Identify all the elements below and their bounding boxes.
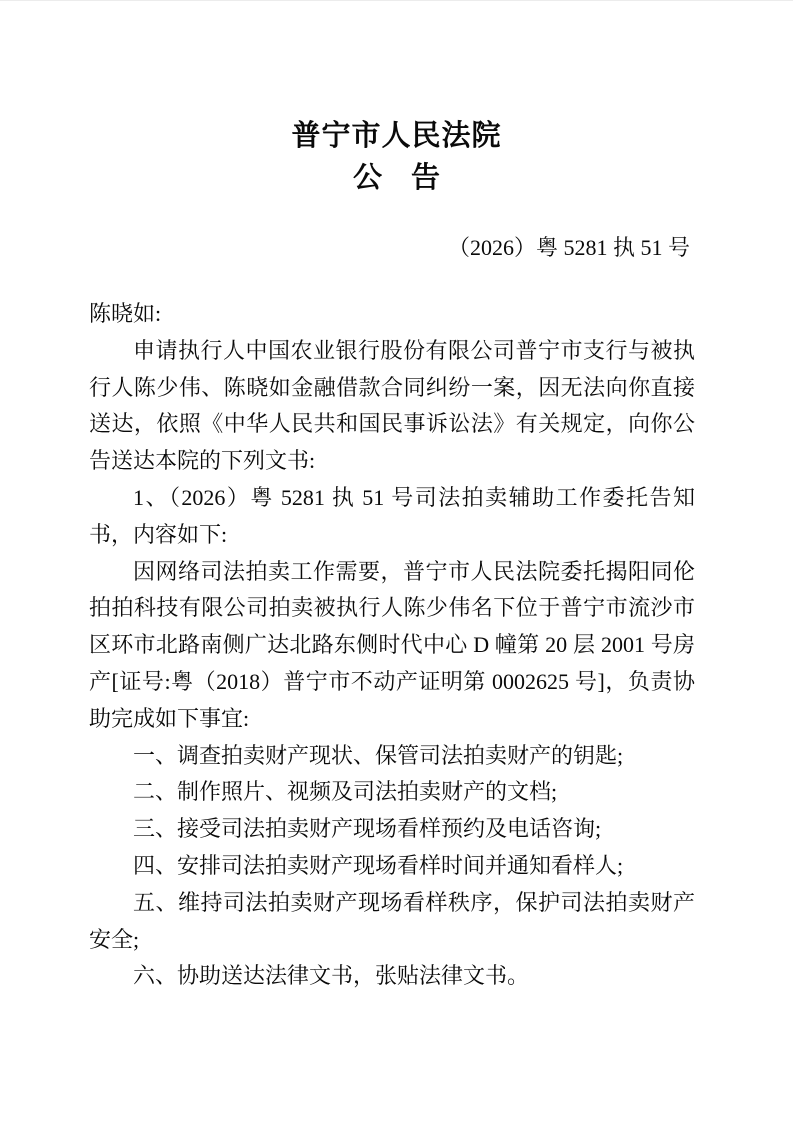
case-number: （2026）粤 5281 执 51 号 [0,233,690,263]
announcement-body: 陈晓如: 申请执行人中国农业银行股份有限公司普宁市支行与被执行人陈少伟、陈晓如金… [89,296,695,995]
paragraph-auction-delegation: 因网络司法拍卖工作需要，普宁市人民法院委托揭阳同伦拍拍科技有限公司拍卖被执行人陈… [89,554,695,738]
court-name-heading: 普宁市人民法院 [0,115,793,157]
list-item-2: 二、制作照片、视频及司法拍卖财产的文档; [89,774,695,811]
list-item-6: 六、协助送达法律文书，张贴法律文书。 [89,958,695,995]
list-item-3: 三、接受司法拍卖财产现场看样预约及电话咨询; [89,811,695,848]
recipient-salutation: 陈晓如: [89,296,695,333]
list-item-4: 四、安排司法拍卖财产现场看样时间并通知看样人; [89,848,695,885]
list-item-5: 五、维持司法拍卖财产现场看样秩序，保护司法拍卖财产安全; [89,885,695,959]
paragraph-case-intro: 申请执行人中国农业银行股份有限公司普宁市支行与被执行人陈少伟、陈晓如金融借款合同… [89,333,695,480]
court-announcement-page: 普宁市人民法院 公 告 （2026）粤 5281 执 51 号 陈晓如: 申请执… [0,0,793,1122]
list-item-1: 一、调查拍卖财产现状、保管司法拍卖财产的钥匙; [89,738,695,775]
document-title: 公 告 [0,157,793,199]
paragraph-document-list: 1、（2026）粤 5281 执 51 号司法拍卖辅助工作委托告知书，内容如下: [89,480,695,554]
